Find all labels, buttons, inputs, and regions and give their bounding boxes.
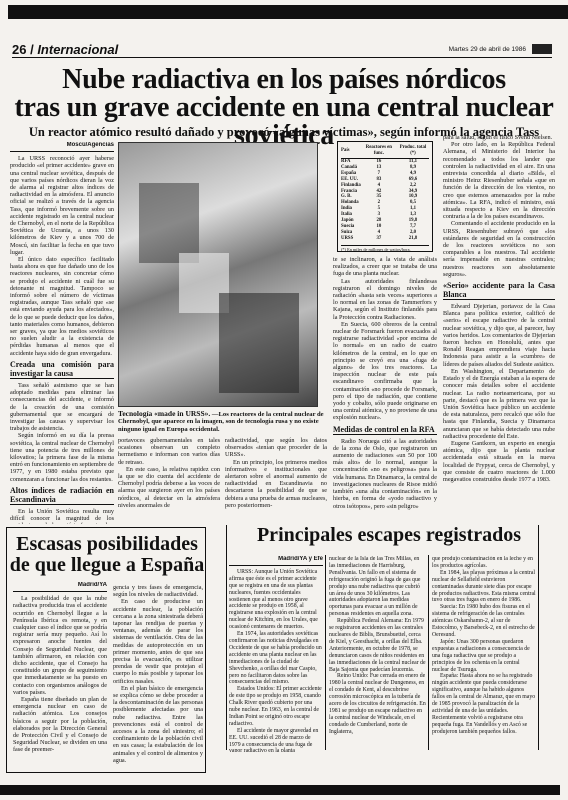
- main-article-column-2: portavoces gubernamentales en tales ocas…: [118, 437, 220, 517]
- reactors-cell: 37: [361, 236, 397, 242]
- paragraph: El accidente de mayor gravedad en EE. UU…: [229, 728, 323, 752]
- escapes-column-3: que produjo contaminación en la leche y …: [432, 556, 536, 752]
- country-cell: Finlandia: [341, 183, 361, 189]
- paragraph: te se inclinaron, a la vista de análisis…: [333, 256, 437, 278]
- newspaper-logo-icon: [532, 44, 552, 54]
- paragraph: La URSS reconoció ayer haberse producido…: [10, 155, 114, 256]
- paragraph: Por otro lado, en la República Federal A…: [443, 141, 555, 220]
- paragraph: Reino Unido: Fue cerrada en enero de 198…: [329, 673, 426, 735]
- paragraph: España: Hasta ahora no se ha registrado …: [432, 673, 536, 735]
- paragraph: Japón: Unas 300 personas quedaron expues…: [432, 639, 536, 674]
- paragraph: En Washington, el Departamento de Estado…: [443, 368, 555, 440]
- escapes-column-1: Madrid/YA y Efe URSS: Aunque la Unión So…: [229, 556, 323, 752]
- column-divider: [428, 555, 429, 750]
- main-article-column-4: te se inclinaron, a la vista de análisis…: [333, 256, 437, 518]
- country-cell: EE. UU.: [341, 177, 361, 183]
- issue-date: Martes 29 de abril de 1986: [449, 46, 526, 53]
- column-divider: [325, 555, 326, 750]
- photo-caption: Tecnología «made in URSS». —Los reactore…: [118, 410, 330, 433]
- spain-article-box: Escasas posibilidades de que llegue a Es…: [6, 527, 206, 773]
- main-article-column-3: radiactividad, que según los datos obser…: [225, 437, 327, 517]
- photo-shadow: [219, 293, 299, 393]
- paragraph: En la Unión Soviética resulta muy difíci…: [10, 508, 114, 524]
- section-name: Internacional: [37, 42, 118, 57]
- paragraph: Comentando el accidente producido en la …: [443, 220, 555, 278]
- production-cell: 21,8: [397, 236, 429, 242]
- chernobyl-photo: [118, 142, 318, 407]
- page-number: 26: [12, 42, 26, 57]
- paragraph: En caso de producirse un accidente nucle…: [113, 598, 203, 684]
- paragraph: gencia y tres fases de emergencia, según…: [113, 584, 203, 598]
- paragraph: En este caso, la relativa rapidez con la…: [118, 466, 220, 509]
- table-row: URSS3721,8: [341, 236, 429, 242]
- column-header: Produc. total (*): [397, 145, 429, 159]
- subheading-escandinavia: Altos índices de radiación en Escandinav…: [10, 486, 114, 505]
- country-cell: URSS: [341, 236, 361, 242]
- headline-line-1: Nube radiactiva en los países nórdicos: [0, 66, 568, 94]
- paragraph: Radio Noruega citó a las autoridades de …: [333, 438, 437, 510]
- reactor-table: País Reactores en func. Produc. total (*…: [341, 145, 429, 242]
- caption-title: Tecnología «made in URSS».: [118, 409, 210, 418]
- paragraph: que produjo contaminación en la leche y …: [432, 556, 536, 570]
- paragraph: En el plan básico de emergencia se expli…: [113, 685, 203, 764]
- paragraph: nuclear de la Isla de las Tres Millas, e…: [329, 556, 426, 618]
- table-header-row: País Reactores en func. Produc. total (*…: [341, 145, 429, 159]
- subheading-rfa: Medidas de control en la RFA: [333, 425, 437, 435]
- byline: Madrid/YA: [13, 582, 107, 592]
- paragraph: El único dato específico facilitado hast…: [10, 256, 114, 357]
- column-divider: [538, 525, 539, 750]
- subheading-casa-blanca: «Serio» accidente para la Casa Blanca: [443, 281, 555, 300]
- paragraph: URSS: Aunque la Unión Soviética afirma q…: [229, 569, 323, 631]
- paragraph: En 1974, las autoridades soviéticas conf…: [229, 631, 323, 686]
- byline: Madrid/YA y Efe: [229, 556, 323, 566]
- paragraph: Edward Djejerian, portavoz de la Casa Bl…: [443, 303, 555, 368]
- escapes-article-title: Principales escapes registrados: [210, 524, 568, 547]
- paragraph: La posibilidad de que la nube radiactiva…: [13, 595, 107, 696]
- paragraph: Estados Unidos: El primer accidente de e…: [229, 686, 323, 727]
- byline: Moscú/Agencias: [10, 142, 114, 152]
- page-header: 26 / Internacional Martes 29 de abril de…: [12, 42, 552, 58]
- paragraph: República Federal Alemana: En 1979 se re…: [329, 618, 426, 673]
- paragraph: En un principio, los primeros medios inf…: [225, 459, 327, 509]
- reactor-table-box: País Reactores en func. Produc. total (*…: [337, 141, 433, 252]
- paragraph: Suecia: En 1980 hubo dos fisuras en el s…: [432, 604, 536, 639]
- paragraph: portavoces gubernamentales en tales ocas…: [118, 437, 220, 466]
- column-header: País: [341, 145, 361, 159]
- paragraph: Según informó en su día la prensa soviét…: [10, 432, 114, 482]
- paragraph: España tiene diseñado un plan de emergen…: [13, 696, 107, 754]
- table-footnote: (*) En miles de millones de watios/hora.: [341, 245, 429, 253]
- paragraph: Tass señaló asimismo que se han adoptado…: [10, 382, 114, 432]
- paragraph: para la salud, según el físico Svend Nie…: [443, 134, 555, 141]
- column-divider: [226, 525, 227, 750]
- paragraph: En 1984, las playas próximas a la centra…: [432, 570, 536, 605]
- section-label: 26 / Internacional: [12, 42, 118, 57]
- paragraph: Las autoridades finlandesas registraron …: [333, 278, 437, 321]
- photo-shadow: [139, 183, 199, 263]
- main-article-column-5: para la salud, según el físico Svend Nie…: [443, 134, 555, 518]
- paragraph: En Suecia, 600 obreros de la central nuc…: [333, 321, 437, 422]
- subheading-comision: Creada una comisión para investigar la c…: [10, 360, 114, 379]
- escapes-column-2: nuclear de la Isla de las Tres Millas, e…: [329, 556, 426, 752]
- paragraph: radiactividad, que según los datos obser…: [225, 437, 327, 459]
- bottom-black-band: [0, 785, 560, 795]
- main-article-column-1: Moscú/Agencias La URSS reconoció ayer ha…: [10, 142, 114, 524]
- spain-column-2: gencia y tres fases de emergencia, según…: [113, 584, 203, 768]
- column-header: Reactores en func.: [361, 145, 397, 159]
- paragraph: Eugene Gantkorn, un experto en energía a…: [443, 440, 555, 483]
- top-black-band: [8, 5, 568, 19]
- spain-column-1: Madrid/YA La posibilidad de que la nube …: [13, 582, 107, 768]
- spain-article-title: Escasas posibilidades de que llegue a Es…: [7, 534, 207, 576]
